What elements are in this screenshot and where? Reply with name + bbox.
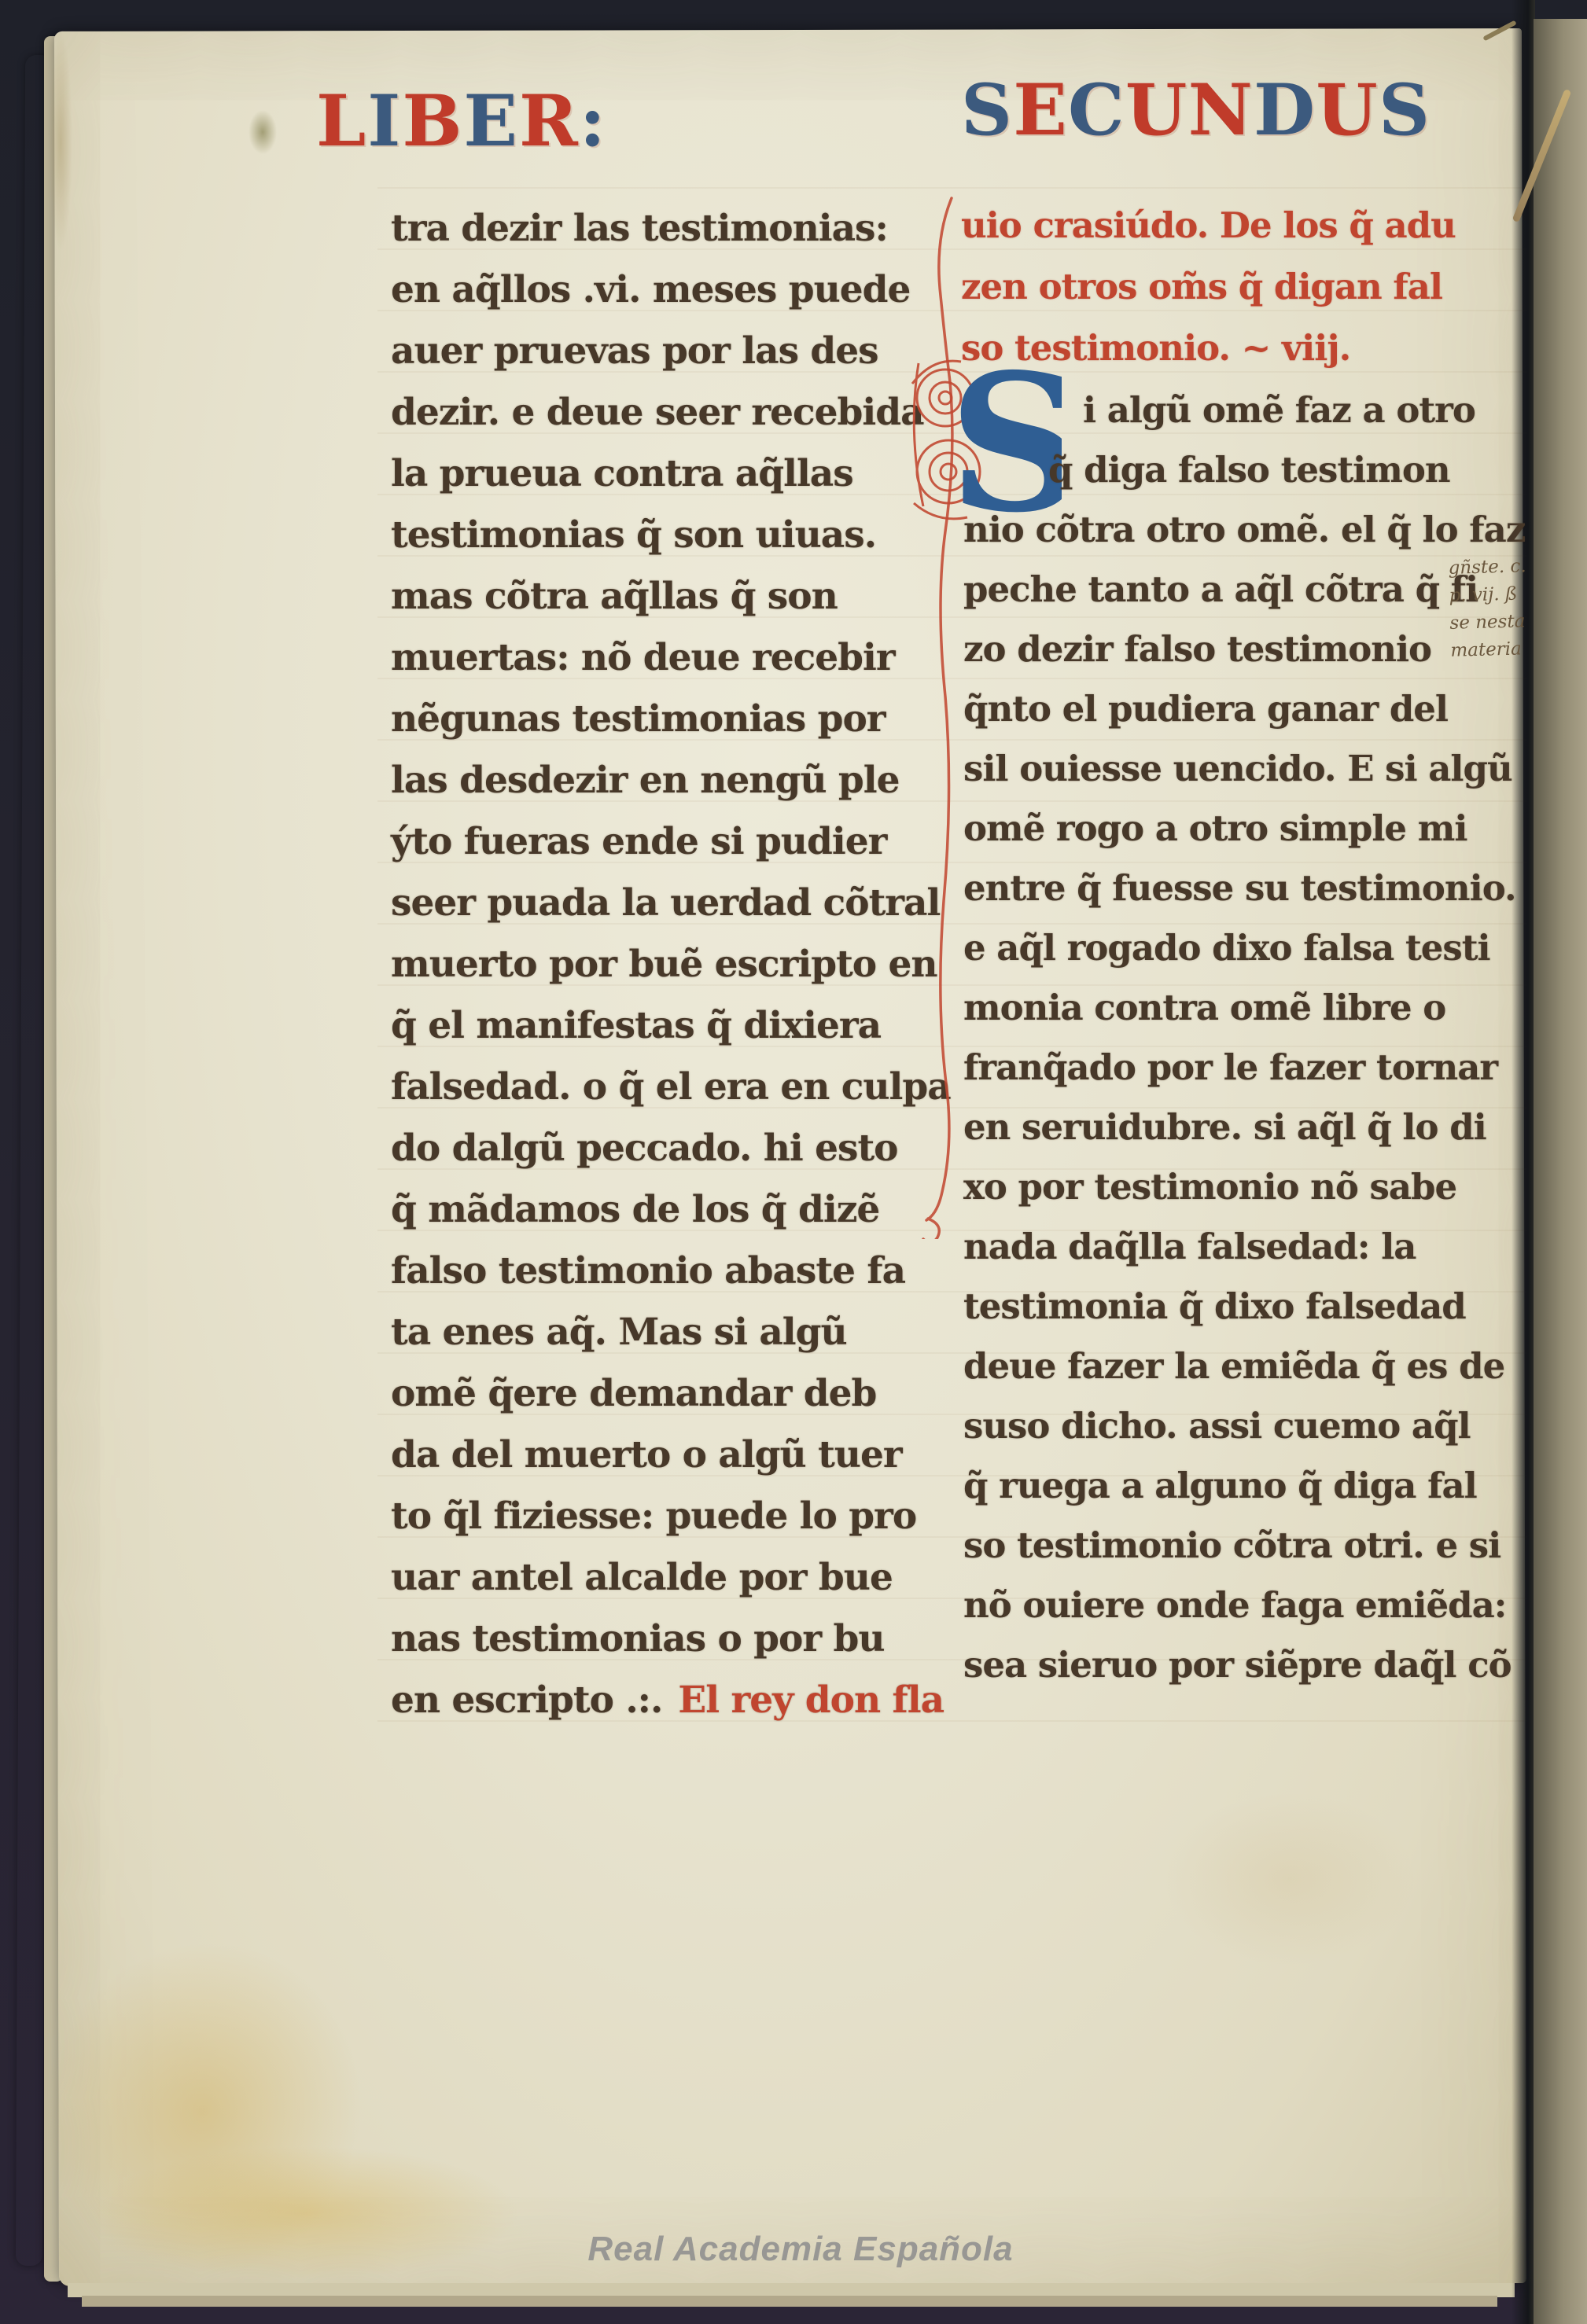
- line-black-text: en escripto .:.: [391, 1679, 662, 1722]
- header-letter: I: [367, 82, 400, 160]
- manuscript-line: entre q̃ fuesse su testimonio.: [963, 859, 1526, 918]
- header-letter: S: [961, 71, 1012, 149]
- manuscript-line: muertas: nõ deue recebir: [391, 627, 911, 689]
- header-letter: N: [1188, 71, 1253, 149]
- manuscript-line: nas testimonias o por bu: [391, 1609, 911, 1670]
- manuscript-line: falso testimonio abaste fa: [391, 1241, 911, 1302]
- manuscript-line: muerto por buẽ escripto en: [391, 934, 911, 995]
- manuscript-line: peche tanto a aq̃l cõtra q̃ fi: [963, 560, 1526, 620]
- manuscript-line: do dalgũ peccado. hi esto: [391, 1118, 911, 1179]
- rubric-line: zen otros om̃s q̃ digan fal: [961, 256, 1524, 318]
- manuscript-line: auer pruevas por las des: [391, 321, 911, 382]
- manuscript-line: testimonias q̃ son uiuas.: [391, 505, 911, 566]
- manuscript-line: suso dicho. assi cuemo aq̃l: [963, 1396, 1526, 1456]
- manuscript-line: franq̃ado por le fazer tornar: [963, 1038, 1526, 1098]
- header-letter: S: [1379, 71, 1430, 149]
- manuscript-line: seer puada la uerdad cõtral: [391, 873, 911, 934]
- margin-note-line: materia: [1450, 634, 1561, 665]
- header-letter: L: [316, 82, 366, 160]
- manuscript-line: testimonia q̃ dixo falsedad: [963, 1277, 1526, 1337]
- manuscript-line: tra dezir las testimonias:: [391, 198, 911, 259]
- manuscript-line: i algũ omẽ faz a otro: [963, 381, 1526, 440]
- red-penwork-tail: [922, 193, 969, 1239]
- watermark: Real Academia Española: [573, 2230, 1029, 2269]
- running-header-secundus: SECUNDUS: [961, 71, 1430, 149]
- header-letter: C: [1068, 71, 1125, 149]
- header-letter: :: [580, 82, 606, 160]
- manuscript-line: omẽ q̃ere demandar deb: [391, 1363, 911, 1425]
- manuscript-line: nio cõtra otro omẽ. el q̃ lo faz: [963, 500, 1526, 560]
- header-letter: D: [1254, 71, 1315, 149]
- manuscript-line: to q̃l fiziesse: puede lo pro: [391, 1486, 911, 1547]
- margin-note: gñste. c.p. vij. ßse nestamateria: [1448, 552, 1561, 665]
- adjacent-page-edge: [1534, 19, 1587, 2324]
- text-column-right: i algũ omẽ faz a otroq̃ diga falso testi…: [963, 381, 1526, 1695]
- rubric-line: uio crasiúdo. De los q̃ adu: [961, 195, 1524, 256]
- header-letter: U: [1316, 71, 1378, 149]
- running-header-liber: LIBER:: [316, 82, 606, 160]
- header-letter: B: [402, 82, 462, 160]
- manuscript-line: en seruidubre. si aq̃l q̃ lo di: [963, 1098, 1526, 1157]
- text-column-left: tra dezir las testimonias:en aq̃llos .vi…: [391, 198, 911, 1731]
- margin-note-line: gñste. c.: [1448, 552, 1559, 583]
- manuscript-line: so testimonio cõtra otri. e si: [963, 1516, 1526, 1576]
- manuscript-line: ta enes aq̃. Mas si algũ: [391, 1302, 911, 1363]
- manuscript-line: mas cõtra aq̃llas q̃ son: [391, 566, 911, 627]
- stain: [249, 110, 277, 154]
- manuscript-line: e aq̃l rogado dixo falsa testi: [963, 918, 1526, 978]
- manuscript-line: nada daq̃lla falsedad: la: [963, 1217, 1526, 1277]
- manuscript-line: nẽgunas testimonias por: [391, 689, 911, 750]
- manuscript-line: en aq̃llos .vi. meses puede: [391, 259, 911, 321]
- header-letter: E: [463, 82, 517, 160]
- stain: [1164, 1793, 1416, 1965]
- stain: [49, 31, 72, 252]
- manuscript-line: zo dezir falso testimonio: [963, 620, 1526, 679]
- manuscript-line: xo por testimonio nõ sabe: [963, 1157, 1526, 1217]
- manuscript-line: q̃ diga falso testimon: [963, 440, 1526, 500]
- manuscript-line: sil ouiesse uencido. E si algũ: [963, 739, 1526, 799]
- manuscript-line: la prueua contra aq̃llas: [391, 443, 911, 505]
- manuscript-line: en escripto .:.El rey don fla: [391, 1670, 911, 1731]
- manuscript-line: q̃ ruega a alguno q̃ diga fal: [963, 1456, 1526, 1516]
- chapter-rubric: uio crasiúdo. De los q̃ aduzen otros om̃…: [961, 195, 1524, 379]
- manuscript-line: q̃ el manifestas q̃ dixiera: [391, 995, 911, 1057]
- manuscript-line: monia contra omẽ libre o: [963, 978, 1526, 1038]
- manuscript-line: da del muerto o algũ tuer: [391, 1425, 911, 1486]
- manuscript-line: nõ ouiere onde faga emiẽda:: [963, 1576, 1526, 1635]
- margin-note-line: p. vij. ß: [1449, 579, 1559, 610]
- manuscript-line: q̃nto el pudiera ganar del: [963, 679, 1526, 739]
- header-letter: U: [1125, 71, 1187, 149]
- page-stack-edge: [82, 2296, 1497, 2307]
- manuscript-line: uar antel alcalde por bue: [391, 1547, 911, 1609]
- manuscript-line: deue fazer la emiẽda q̃ es de: [963, 1337, 1526, 1396]
- manuscript-line: omẽ rogo a otro simple mi: [963, 799, 1526, 859]
- line-red-text: El rey don fla: [678, 1679, 944, 1722]
- header-letter: R: [519, 82, 578, 160]
- left-column-lines: tra dezir las testimonias:en aq̃llos .vi…: [391, 198, 911, 1670]
- manuscript-line: sea sieruo por siẽpre daq̃l cõ: [963, 1635, 1526, 1695]
- manuscript-line: q̃ mãdamos de los q̃ dizẽ: [391, 1179, 911, 1241]
- photo-background: LIBER: SECUNDUS tra dezir las testimonia…: [0, 0, 1587, 2324]
- stain: [94, 2146, 519, 2280]
- header-letter: E: [1013, 71, 1067, 149]
- margin-note-line: se nesta: [1449, 607, 1560, 638]
- manuscript-line: las desdezir en nengũ ple: [391, 750, 911, 811]
- manuscript-line: dezir. e deue seer recebida: [391, 382, 911, 443]
- manuscript-line: ýto fueras ende si pudier: [391, 811, 911, 873]
- manuscript-line: falsedad. o q̃ el era en culpa: [391, 1057, 911, 1118]
